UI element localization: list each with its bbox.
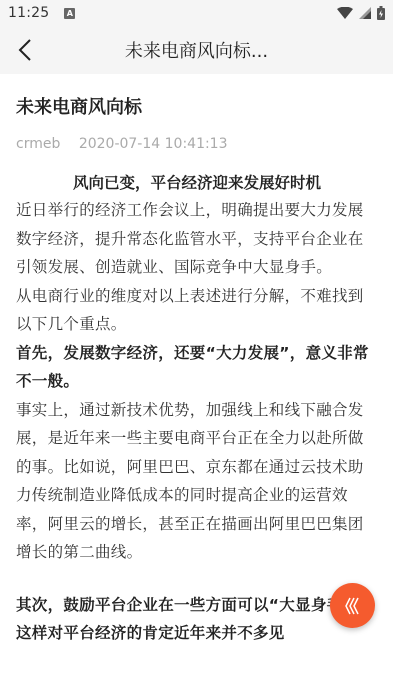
paragraph-1: 近日举行的经济工作会议上，明确提出要大力发展数字经济，提升常态化监管水平，支持平… bbox=[16, 196, 378, 282]
chevron-left-icon bbox=[18, 39, 32, 61]
nav-bar: 未来电商风向标... bbox=[0, 26, 393, 74]
paragraph-4: 事实上，通过新技术优势，加强线上和线下融合发展，是近年来一些主要电商平台正在全力… bbox=[16, 396, 378, 567]
wifi-icon bbox=[337, 7, 353, 19]
paragraph-2: 从电商行业的维度对以上表述进行分解，不难找到以下几个重点。 bbox=[16, 282, 378, 339]
status-time: 11:25 bbox=[8, 5, 49, 21]
nav-title: 未来电商风向标... bbox=[125, 37, 268, 63]
paragraph-3-bold: 首先，发展数字经济，还要“大力发展”，意义非常不一般。 bbox=[16, 339, 378, 396]
article-title: 未来电商风向标 bbox=[16, 96, 378, 120]
article-meta: crmeb 2020-07-14 10:41:13 bbox=[16, 134, 378, 154]
status-bar: 11:25 A bbox=[0, 0, 393, 26]
floating-action-button[interactable] bbox=[330, 583, 375, 628]
article-subheading: 风向已变，平台经济迎来发展好时机 bbox=[16, 170, 378, 196]
top-bar: 11:25 A 未来电商风向标... bbox=[0, 0, 393, 74]
notification-icon: A bbox=[64, 8, 75, 19]
status-icons bbox=[337, 6, 385, 20]
article-author: crmeb bbox=[16, 136, 60, 152]
paragraph-5-bold: 其次，鼓励平台企业在一些方面可以“大显身手”，这样对平台经济的肯定近年来并不多见 bbox=[16, 591, 378, 648]
article-datetime: 2020-07-14 10:41:13 bbox=[79, 136, 228, 152]
article-content: 未来电商风向标 crmeb 2020-07-14 10:41:13 风向已变，平… bbox=[16, 74, 378, 648]
collapse-menu-icon bbox=[344, 596, 362, 616]
signal-icon bbox=[359, 7, 371, 19]
battery-charging-icon bbox=[377, 6, 385, 20]
back-button[interactable] bbox=[10, 34, 40, 66]
